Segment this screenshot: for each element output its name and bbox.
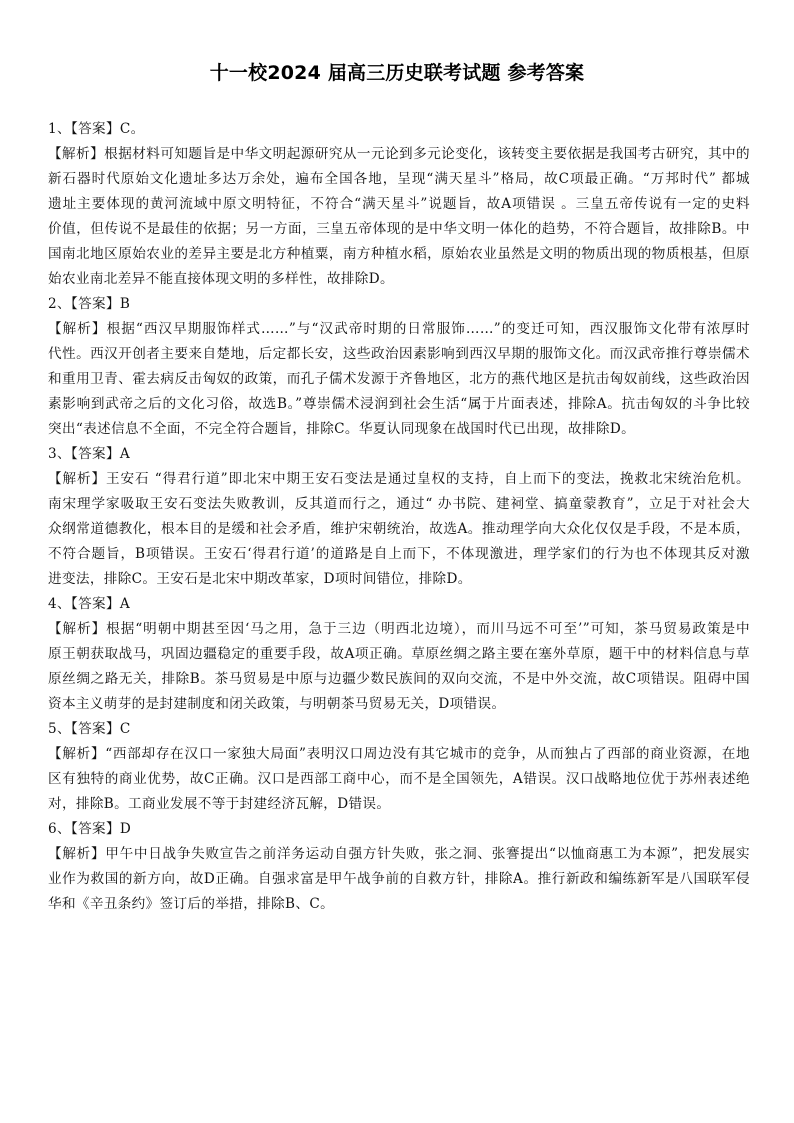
document-page: 十一校2024 届高三历史联考试题 参考答案 1、【答案】C。 【解析】根据材料… [0,0,794,1123]
analysis-line: 国南北地区原始农业的差异主要是北方种植粟，南方种植水稻，原始农业虽然是文明的物质… [48,242,750,267]
document-title: 十一校2024 届高三历史联考试题 参考答案 [0,58,794,85]
analysis-line: 进变法，排除C。王安石是北宋中期改革家，D项时间错位，排除D。 [48,567,750,592]
answer-line: 4、【答案】A [48,592,750,617]
answer-line: 3、【答案】A [48,442,750,467]
answer-line: 6、【答案】D [48,817,750,842]
analysis-line: 始农业南北差异不能直接体现文明的多样性，故排除D。 [48,267,750,292]
answer-line: 5、【答案】C [48,717,750,742]
question-6: 6、【答案】D 【解析】甲午中日战争失败宣告之前洋务运动自强方针失败，张之洞、张… [48,817,750,917]
question-1: 1、【答案】C。 【解析】根据材料可知题旨是中华文明起源研究从一元论到多元论变化… [48,117,750,292]
analysis-line: 【解析】甲午中日战争失败宣告之前洋务运动自强方针失败，张之洞、张謇提出“以恤商惠… [48,842,750,867]
analysis-line: 【解析】王安石 “得君行道”即北宋中期王安石变法是通过皇权的支持，自上而下的变法… [48,467,750,492]
analysis-line: 资本主义萌芽的是封建制度和闭关政策，与明朝茶马贸易无关，D项错误。 [48,692,750,717]
question-4: 4、【答案】A 【解析】根据“明朝中期甚至因‘马之用，急于三边（明西北边境），而… [48,592,750,717]
answer-content: 1、【答案】C。 【解析】根据材料可知题旨是中华文明起源研究从一元论到多元论变化… [48,117,750,917]
analysis-line: 不符合题旨，B项错误。王安石‘得君行道’的道路是自上而下，不体现激进，理学家们的… [48,542,750,567]
question-2: 2、【答案】B 【解析】根据“西汉早期服饰样式……”与“汉武帝时期的日常服饰……… [48,292,750,442]
analysis-line: 【解析】根据“明朝中期甚至因‘马之用，急于三边（明西北边境），而川马远不可至’”… [48,617,750,642]
analysis-line: 对，排除B。工商业发展不等于封建经济瓦解，D错误。 [48,792,750,817]
analysis-line: 【解析】根据“西汉早期服饰样式……”与“汉武帝时期的日常服饰……”的变迁可知，西… [48,317,750,342]
analysis-line: 【解析】根据材料可知题旨是中华文明起源研究从一元论到多元论变化，该转变主要依据是… [48,142,750,167]
analysis-line: 华和《辛丑条约》签订后的举措，排除B、C。 [48,892,750,917]
question-3: 3、【答案】A 【解析】王安石 “得君行道”即北宋中期王安石变法是通过皇权的支持… [48,442,750,592]
question-5: 5、【答案】C 【解析】“西部却存在汉口一家独大局面”表明汉口周边没有其它城市的… [48,717,750,817]
analysis-line: 【解析】“西部却存在汉口一家独大局面”表明汉口周边没有其它城市的竞争，从而独占了… [48,742,750,767]
analysis-line: 业作为救国的新方向，故D正确。自强求富是甲午战争前的自救方针，排除A。推行新政和… [48,867,750,892]
analysis-line: 南宋理学家吸取王安石变法失败教训，反其道而行之，通过“ 办书院、建祠堂、搞童蒙教… [48,492,750,517]
answer-line: 2、【答案】B [48,292,750,317]
analysis-line: 区有独特的商业优势，故C正确。汉口是西部工商中心，而不是全国领先，A错误。汉口战… [48,767,750,792]
analysis-line: 新石器时代原始文化遗址多达万余处，遍布全国各地，呈现“满天星斗”格局，故C项最正… [48,167,750,192]
analysis-line: 和重用卫青、霍去病反击匈奴的政策，而孔子儒术发源于齐鲁地区，北方的燕代地区是抗击… [48,367,750,392]
analysis-line: 众纲常道德教化，根本目的是缓和社会矛盾，维护宋朝统治，故选A。推动理学向大众化仅… [48,517,750,542]
analysis-line: 素影响到武帝之后的文化习俗，故选B。”尊崇儒术浸润到社会生活“属于片面表述，排除… [48,392,750,417]
analysis-line: 原王朝获取战马，巩固边疆稳定的重要手段，故A项正确。草原丝绸之路主要在塞外草原，… [48,642,750,667]
analysis-line: 代性。西汉开创者主要来自楚地，后定都长安，这些政治因素影响到西汉早期的服饰文化。… [48,342,750,367]
analysis-line: 原丝绸之路无关，排除B。茶马贸易是中原与边疆少数民族间的双向交流，不是中外交流，… [48,667,750,692]
answer-line: 1、【答案】C。 [48,117,750,142]
analysis-line: 遗址主要体现的黄河流域中原文明特征，不符合“满天星斗”说题旨，故A项错误 。三皇… [48,192,750,217]
analysis-line: 突出“表述信息不全面，不完全符合题旨，排除C。华夏认同现象在战国时代已出现，故排… [48,417,750,442]
analysis-line: 价值，但传说不是最佳的依据；另一方面，三皇五帝体现的是中华文明一体化的趋势，不符… [48,217,750,242]
